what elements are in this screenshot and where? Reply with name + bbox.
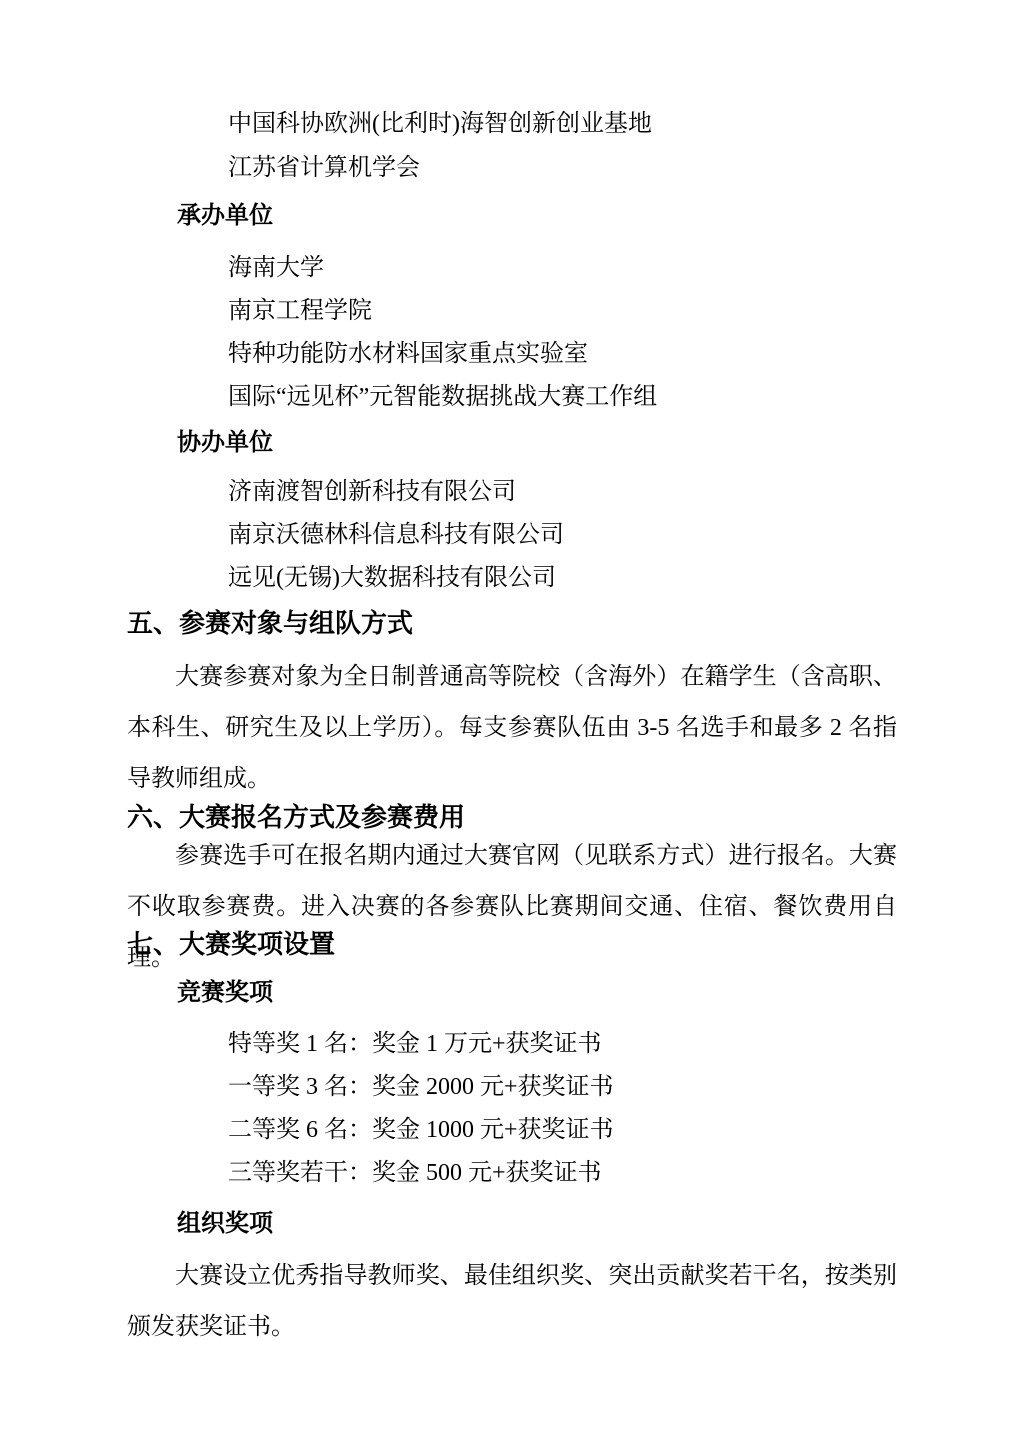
host-units-list: 中国科协欧洲(比利时)海智创新创业基地 江苏省计算机学会 [127, 102, 897, 190]
organization-awards-heading-label: 组织奖项 [177, 1202, 897, 1246]
co-organizer-line: 济南渡智创新科技有限公司 [228, 471, 897, 514]
award-line: 三等奖若干：奖金 500 元+获奖证书 [228, 1152, 897, 1195]
host-unit-line: 中国科协欧洲(比利时)海智创新创业基地 [228, 102, 897, 146]
organizer-line: 国际“远见杯”元智能数据挑战大赛工作组 [228, 376, 897, 419]
co-organizer-line: 远见(无锡)大数据科技有限公司 [228, 557, 897, 600]
organizers-list: 海南大学 南京工程学院 特种功能防水材料国家重点实验室 国际“远见杯”元智能数据… [127, 247, 897, 419]
co-organizer-heading: 协办单位 [127, 421, 897, 465]
document-page: 中国科协欧洲(比利时)海智创新创业基地 江苏省计算机学会 承办单位 海南大学 南… [0, 0, 1024, 1447]
organizer-line: 南京工程学院 [228, 290, 897, 333]
section-participants-paragraph: 大赛参赛对象为全日制普通高等院校（含海外）在籍学生（含高职、本科生、研究生及以上… [127, 652, 897, 805]
host-unit-line: 江苏省计算机学会 [228, 146, 897, 190]
award-line: 二等奖 6 名：奖金 1000 元+获奖证书 [228, 1109, 897, 1152]
co-organizer-heading-label: 协办单位 [177, 421, 897, 465]
award-line: 一等奖 3 名：奖金 2000 元+获奖证书 [228, 1066, 897, 1109]
section-participants-heading-label: 五、参赛对象与组队方式 [127, 600, 897, 646]
organizer-heading-label: 承办单位 [177, 194, 897, 238]
organization-awards-heading: 组织奖项 [127, 1202, 897, 1246]
competition-awards-heading-label: 竞赛奖项 [177, 971, 897, 1015]
organizer-heading: 承办单位 [127, 194, 897, 238]
co-organizer-line: 南京沃德林科信息科技有限公司 [228, 514, 897, 557]
section-awards-heading-label: 七、大赛奖项设置 [127, 921, 897, 967]
section-awards-heading: 七、大赛奖项设置 [127, 921, 897, 967]
section-participants-heading: 五、参赛对象与组队方式 [127, 600, 897, 646]
organization-awards-paragraph: 大赛设立优秀指导教师奖、最佳组织奖、突出贡献奖若干名，按类别颁发获奖证书。 [127, 1251, 897, 1353]
organizer-line: 海南大学 [228, 247, 897, 290]
organizer-line: 特种功能防水材料国家重点实验室 [228, 333, 897, 376]
co-organizers-list: 济南渡智创新科技有限公司 南京沃德林科信息科技有限公司 远见(无锡)大数据科技有… [127, 471, 897, 600]
award-line: 特等奖 1 名：奖金 1 万元+获奖证书 [228, 1023, 897, 1066]
competition-awards-heading: 竞赛奖项 [127, 971, 897, 1015]
competition-awards-list: 特等奖 1 名：奖金 1 万元+获奖证书 一等奖 3 名：奖金 2000 元+获… [127, 1023, 897, 1195]
